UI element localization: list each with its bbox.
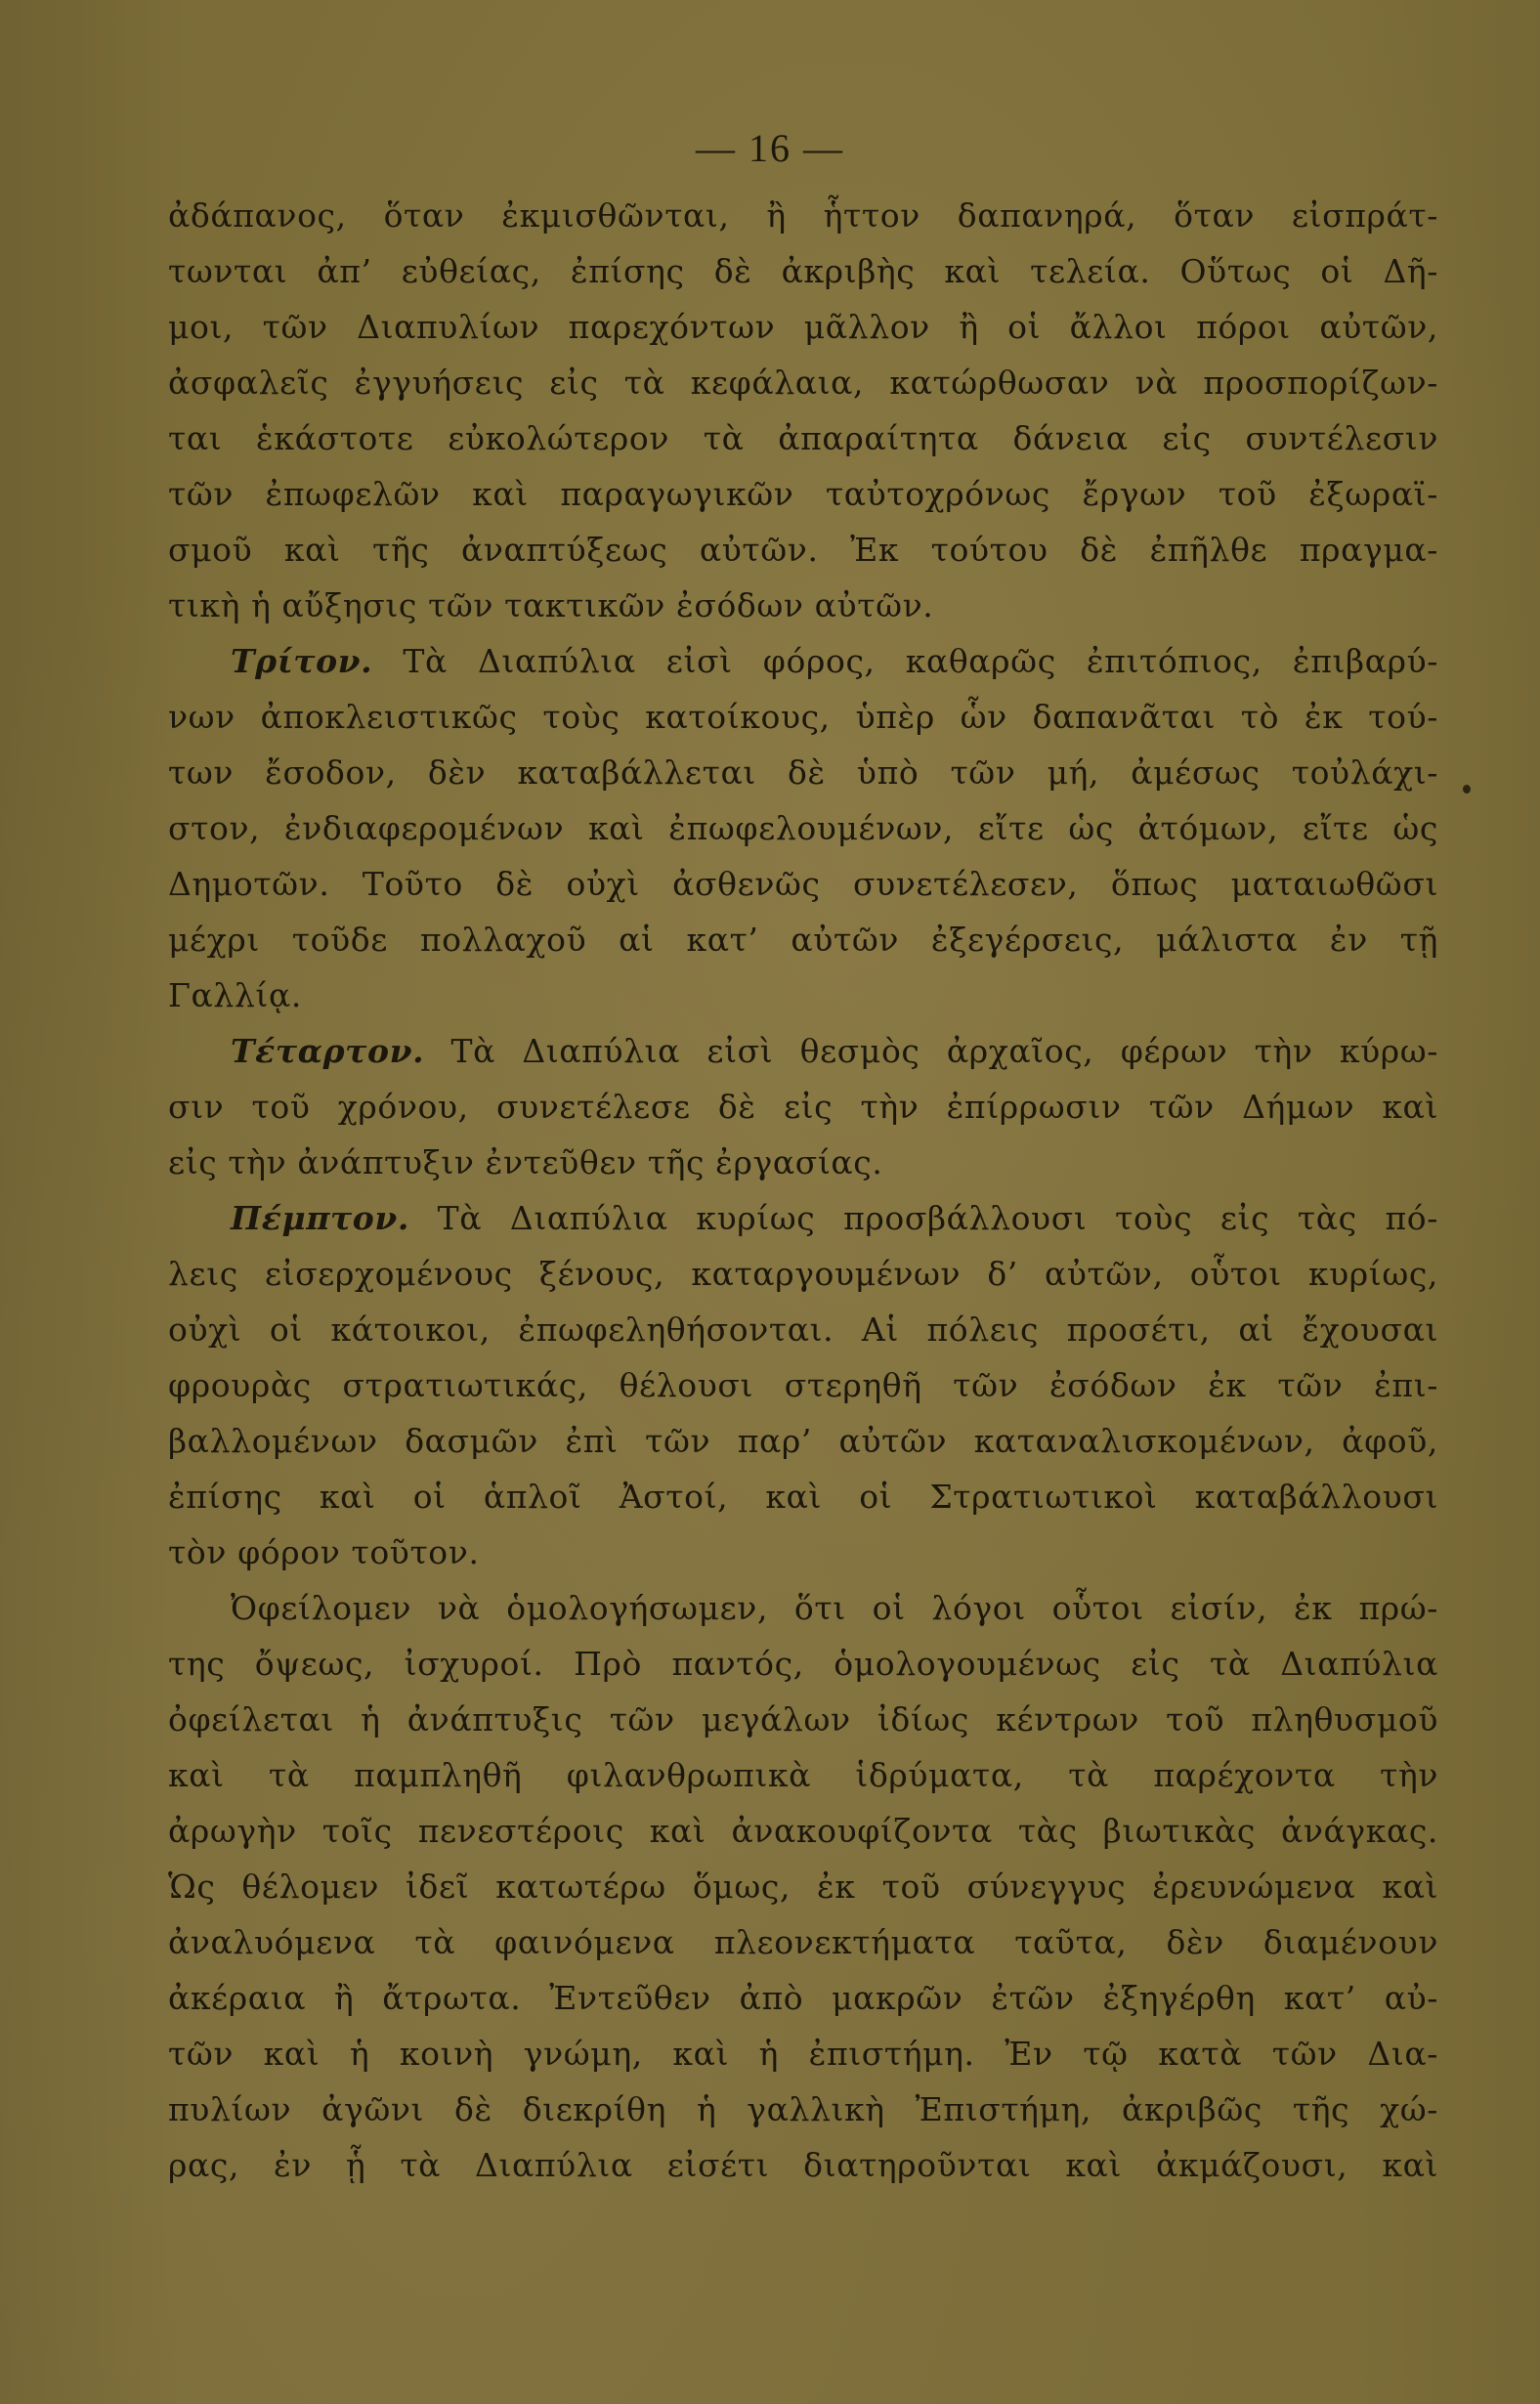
- text-line: ἀναλυόμενα τὰ φαινόμενα πλεονεκτήματα τα…: [168, 1914, 1438, 1970]
- body-text: ἀδάπανος, ὅταν ἐκμισθῶνται, ἢ ἧττον δαπα…: [168, 188, 1438, 2193]
- scanned-page: — 16 — ἀδάπανος, ὅταν ἐκμισθῶνται, ἢ ἧττ…: [0, 0, 1540, 2404]
- text-line: φρουρὰς στρατιωτικάς, θέλουσι στερηθῆ τῶ…: [168, 1357, 1438, 1413]
- text-line: εἰς τὴν ἀνάπτυξιν ἐντεῦθεν τῆς ἐργασίας.: [168, 1135, 1438, 1190]
- section-lead-third: Τρίτον.: [231, 642, 372, 680]
- text-line: τωνται ἀπ’ εὐθείας, ἐπίσης δὲ ἀκριβὴς κα…: [168, 243, 1438, 299]
- text-line: Δημοτῶν. Τοῦτο δὲ οὐχὶ ἀσθενῶς συνετέλεσ…: [168, 856, 1438, 912]
- paragraph-third-start: Τρίτον. Τὰ Διαπύλια εἰσὶ φόρος, καθαρῶς …: [168, 633, 1438, 689]
- text-line: ρας, ἐν ᾗ τὰ Διαπύλια εἰσέτι διατηροῦντα…: [168, 2137, 1438, 2193]
- text-line: σιν τοῦ χρόνου, συνετέλεσε δὲ εἰς τὴν ἐπ…: [168, 1079, 1438, 1135]
- text-line: νων ἀποκλειστικῶς τοὺς κατοίκους, ὑπὲρ ὧ…: [168, 689, 1438, 745]
- paragraph-fifth-start: Πέμπτον. Τὰ Διαπύλια κυρίως προσβάλλουσι…: [168, 1190, 1438, 1246]
- text-line: ἀσφαλεῖς ἐγγυήσεις εἰς τὰ κεφάλαια, κατώ…: [168, 355, 1438, 410]
- section-lead-fourth: Τέταρτον.: [231, 1032, 424, 1070]
- section-lead-fifth: Πέμπτον.: [231, 1199, 409, 1237]
- text-line: καὶ τὰ παμπληθῆ φιλανθρωπικὰ ἱδρύματα, τ…: [168, 1747, 1438, 1803]
- text-line: στον, ἐνδιαφερομένων καὶ ἐπωφελουμένων, …: [168, 800, 1438, 856]
- text-line: των ἔσοδον, δὲν καταβάλλεται δὲ ὑπὸ τῶν …: [168, 745, 1438, 800]
- text-line: ἀρωγὴν τοῖς πενεστέροις καὶ ἀνακουφίζοντ…: [168, 1803, 1438, 1859]
- text-line: σμοῦ καὶ τῆς ἀναπτύξεως αὐτῶν. Ἐκ τούτου…: [168, 522, 1438, 578]
- text-line: τὸν φόρον τοῦτον.: [168, 1524, 1438, 1580]
- text-line: Ὡς θέλομεν ἰδεῖ κατωτέρω ὅμως, ἐκ τοῦ σύ…: [168, 1859, 1438, 1914]
- paragraph-fourth-start: Τέταρτον. Τὰ Διαπύλια εἰσὶ θεσμὸς ἀρχαῖο…: [168, 1023, 1438, 1079]
- ink-speck: [1463, 785, 1471, 794]
- text-line: πυλίων ἀγῶνι δὲ διεκρίθη ἡ γαλλικὴ Ἐπιστ…: [168, 2082, 1438, 2137]
- text-line: ἀκέραια ἢ ἄτρωτα. Ἐντεῦθεν ἀπὸ μακρῶν ἐτ…: [168, 1970, 1438, 2026]
- text-line: τικὴ ἡ αὔξησις τῶν τακτικῶν ἐσόδων αὐτῶν…: [168, 578, 1438, 633]
- text-line: μοι, τῶν Διαπυλίων παρεχόντων μᾶλλον ἢ ο…: [168, 299, 1438, 355]
- text-line: τῶν ἐπωφελῶν καὶ παραγωγικῶν ταὐτοχρόνως…: [168, 466, 1438, 522]
- text-line: ἐπίσης καὶ οἱ ἁπλοῖ Ἀστοί, καὶ οἱ Στρατι…: [168, 1469, 1438, 1524]
- text-line: ὀφείλεται ἡ ἀνάπτυξις τῶν μεγάλων ἰδίως …: [168, 1692, 1438, 1747]
- text-line: ται ἑκάστοτε εὐκολώτερον τὰ ἀπαραίτητα δ…: [168, 410, 1438, 466]
- text-line: μέχρι τοῦδε πολλαχοῦ αἱ κατ’ αὐτῶν ἐξεγέ…: [168, 912, 1438, 967]
- page-number: — 16 —: [0, 125, 1540, 171]
- text-line: τῶν καὶ ἡ κοινὴ γνώμη, καὶ ἡ ἐπιστήμη. Ἐ…: [168, 2026, 1438, 2082]
- text-line: οὐχὶ οἱ κάτοικοι, ἐπωφεληθήσονται. Αἱ πό…: [168, 1302, 1438, 1357]
- paragraph-objections-start: Ὀφείλομεν νὰ ὁμολογήσωμεν, ὅτι οἱ λόγοι …: [168, 1580, 1438, 1636]
- text-line: της ὄψεως, ἰσχυροί. Πρὸ παντός, ὁμολογου…: [168, 1636, 1438, 1692]
- text-line: λεις εἰσερχομένους ξένους, καταργουμένων…: [168, 1246, 1438, 1302]
- text-line: Γαλλίᾳ.: [168, 967, 1438, 1023]
- text-line: ἀδάπανος, ὅταν ἐκμισθῶνται, ἢ ἧττον δαπα…: [168, 188, 1438, 243]
- text-line: βαλλομένων δασμῶν ἐπὶ τῶν παρ’ αὐτῶν κατ…: [168, 1413, 1438, 1469]
